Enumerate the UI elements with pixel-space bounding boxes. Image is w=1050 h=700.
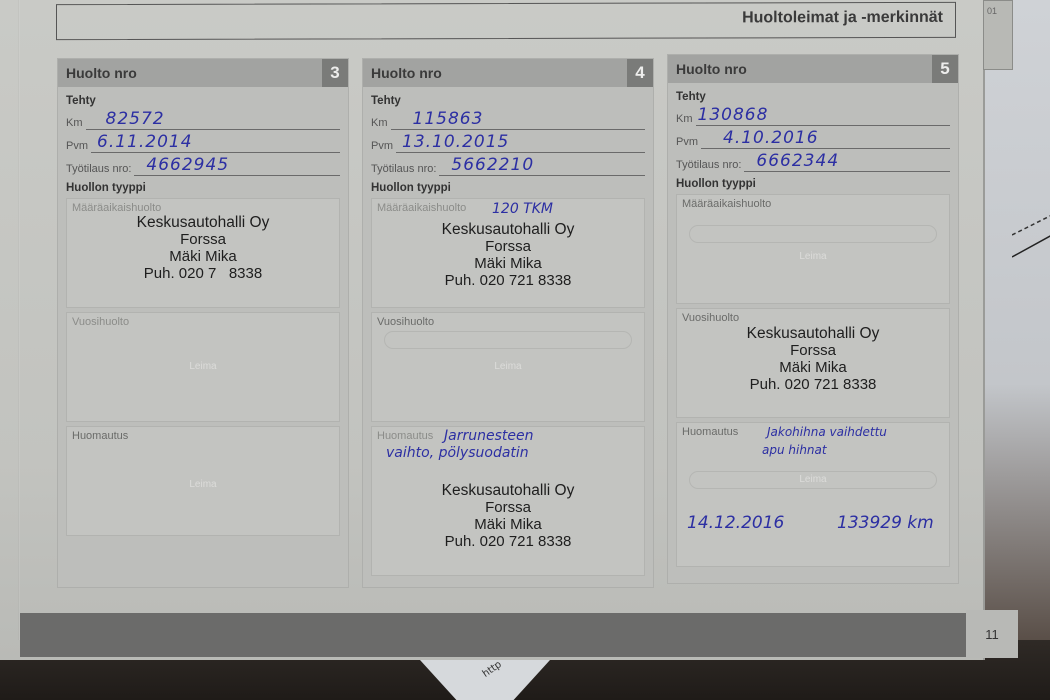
card-header: Huolto nro 4 [363,59,653,87]
km-field[interactable]: Km 82572 [66,108,340,130]
km-value: 82572 [106,109,165,129]
service-card-4: Huolto nro 4 Tehty Km 115863 Pvm 13.10.2… [362,58,654,588]
scheduled-service-box: Määräaikaishuolto 120 TKM Keskusautohall… [371,198,645,308]
annual-service-label: Vuosihuolto [72,316,129,328]
done-label: Tehty [66,95,340,107]
annual-service-box: Vuosihuolto Leima [66,312,340,422]
stamp-phone: Puh. 020 721 8338 [372,533,644,550]
service-card-5: Huolto nro 5 Tehty Km 130868 Pvm 4.10.20… [667,54,959,584]
date-field[interactable]: Pvm 4.10.2016 [676,127,950,149]
stamp-company: Keskusautohalli Oy [67,214,339,231]
done-label: Tehty [371,95,645,107]
card-number: 4 [627,59,653,87]
km-field[interactable]: Km 115863 [371,108,645,130]
page-number: 11 [966,610,1018,658]
stamp-person: Mäki Mika [372,255,644,272]
stamp-person: Mäki Mika [67,248,339,265]
chapter-tab[interactable]: 01 [983,0,1013,70]
stamp-company: Keskusautohalli Oy [372,221,644,238]
date-field[interactable]: Pvm 6.11.2014 [66,131,340,153]
stamp-person: Mäki Mika [372,516,644,533]
stamp-city: Forssa [372,238,644,255]
card-title: Huolto nro [676,61,747,77]
stamp-placeholder: Leima [67,361,339,372]
paper-scrap-text: http [481,659,504,680]
remark-note-line2: vaihto, pölysuodatin [386,445,529,461]
faint-stamp-outline [689,225,937,243]
remark-label: Huomautus [72,430,128,442]
service-type-heading: Huollon tyyppi [66,182,340,194]
service-type-heading: Huollon tyyppi [371,182,645,194]
dealer-stamp: Keskusautohalli Oy Forssa Mäki Mika Puh.… [677,325,949,393]
work-order-field[interactable]: Työtilaus nro: 6662344 [676,150,950,172]
date-value: 13.10.2015 [402,132,509,152]
card-number: 3 [322,59,348,87]
footer-band [20,613,977,657]
km-field[interactable]: Km 130868 [676,104,950,126]
stamp-company: Keskusautohalli Oy [677,325,949,342]
date-field[interactable]: Pvm 13.10.2015 [371,131,645,153]
date-value: 4.10.2016 [723,128,819,148]
date-label: Pvm [676,136,698,149]
stamp-company: Keskusautohalli Oy [372,482,644,499]
scheduled-service-label: Määräaikaishuolto [682,198,771,210]
scheduled-service-box: Määräaikaishuolto Leima [676,194,950,304]
annual-service-label: Vuosihuolto [377,316,434,328]
remark-box: Huomautus Leima [66,426,340,536]
work-order-label: Työtilaus nro: [676,159,741,172]
stamp-phone: Puh. 020 7 8338 [67,265,339,282]
date-label: Pvm [371,140,393,153]
section-title: Huoltoleimat ja -merkinnät [742,9,943,28]
background-lines [1012,205,1050,265]
date-label: Pvm [66,140,88,153]
km-value: 130868 [698,105,769,125]
remark-note-line1: Jakohihna vaihdettu [767,425,887,439]
remark-label: Huomautus [377,430,433,442]
work-order-value: 6662344 [756,151,839,171]
remark-label: Huomautus [682,426,738,438]
km-label: Km [371,117,388,130]
remark-km: 133929 km [837,513,934,533]
annual-service-box: Vuosihuolto Keskusautohalli Oy Forssa Mä… [676,308,950,418]
card-title: Huolto nro [66,65,137,81]
work-order-value: 5662210 [451,155,534,175]
remark-note-line1: Jarrunesteen [444,428,533,444]
dealer-stamp: Keskusautohalli Oy Forssa Mäki Mika Puh.… [372,482,644,550]
stamp-city: Forssa [67,231,339,248]
work-order-field[interactable]: Työtilaus nro: 5662210 [371,154,645,176]
stamp-phone: Puh. 020 721 8338 [372,272,644,289]
card-header: Huolto nro 5 [668,55,958,83]
background-paper-right [980,0,1050,640]
annual-service-label: Vuosihuolto [682,312,739,324]
page-crease [18,0,20,640]
service-card-3: Huolto nro 3 Tehty Km 82572 Pvm 6.11.201… [57,58,349,588]
stamp-placeholder: Leima [677,474,949,485]
scheduled-service-label: Määräaikaishuolto [377,202,466,214]
done-label: Tehty [676,91,950,103]
work-order-field[interactable]: Työtilaus nro: 4662945 [66,154,340,176]
card-title: Huolto nro [371,65,442,81]
remark-box: Huomautus Jakohihna vaihdettu apu hihnat… [676,422,950,567]
km-value: 115863 [413,109,484,129]
remark-box: Huomautus Jarrunesteen vaihto, pölysuoda… [371,426,645,576]
stamp-phone: Puh. 020 721 8338 [677,376,949,393]
stamp-city: Forssa [372,499,644,516]
scheduled-note: 120 TKM [492,201,553,217]
card-number: 5 [932,55,958,83]
booklet-page: Huoltoleimat ja -merkinnät Huolto nro 3 … [0,0,985,660]
km-label: Km [676,113,693,126]
faint-stamp-outline [384,331,632,349]
card-header: Huolto nro 3 [58,59,348,87]
remark-note-line2: apu hihnat [762,443,827,457]
service-type-heading: Huollon tyyppi [676,178,950,190]
scheduled-service-box: Määräaikaishuolto Keskusautohalli Oy For… [66,198,340,308]
remark-date: 14.12.2016 [687,513,784,533]
work-order-label: Työtilaus nro: [371,163,436,176]
dealer-stamp: Keskusautohalli Oy Forssa Mäki Mika Puh.… [372,221,644,289]
work-order-label: Työtilaus nro: [66,163,131,176]
work-order-value: 4662945 [146,155,229,175]
stamp-person: Mäki Mika [677,359,949,376]
km-label: Km [66,117,83,130]
dealer-stamp: Keskusautohalli Oy Forssa Mäki Mika Puh.… [67,214,339,282]
stamp-placeholder: Leima [372,361,644,372]
annual-service-box: Vuosihuolto Leima [371,312,645,422]
section-header: Huoltoleimat ja -merkinnät [56,2,956,40]
scheduled-service-label: Määräaikaishuolto [72,202,161,214]
stamp-city: Forssa [677,342,949,359]
stamp-placeholder: Leima [677,251,949,262]
stamp-placeholder: Leima [67,479,339,490]
date-value: 6.11.2014 [97,132,193,152]
